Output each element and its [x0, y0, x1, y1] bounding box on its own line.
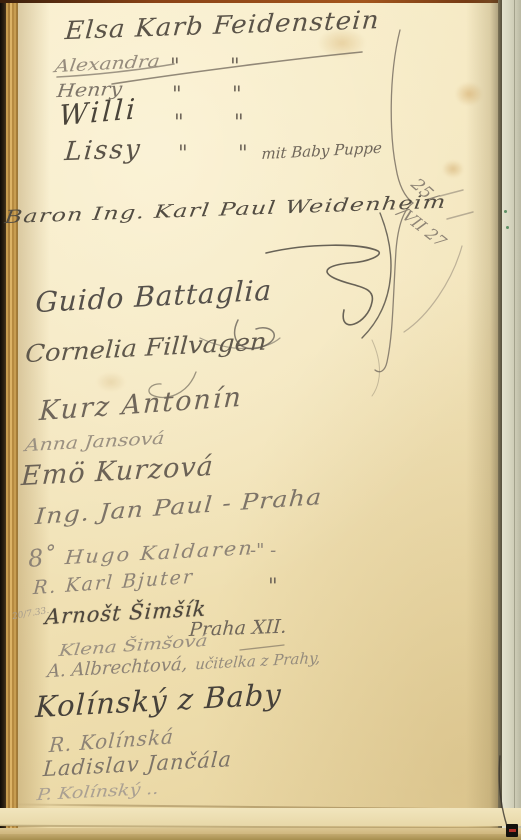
green-speck [504, 210, 507, 213]
page-bottom-edge-dark [0, 834, 521, 840]
signature-line: Alexandra [54, 51, 161, 77]
page-stack-gilt-edge [6, 0, 18, 840]
signature-line: Kurz Antonín [38, 382, 243, 427]
signature-line: Baron Ing. Karl Paul Weidenheim [3, 192, 448, 229]
signature-line: Willi [58, 92, 139, 132]
ditto-mark: " [234, 110, 244, 134]
page-bottom-band [0, 808, 521, 826]
signature-line: Hugo Kaldaren [64, 537, 255, 569]
top-cover-edge [0, 0, 521, 3]
signature-line: Ing. Jan Paul - Praha [34, 485, 323, 530]
date-tail-stroke [404, 246, 462, 332]
ditto-mark: " [238, 141, 248, 165]
ditto-mark: " [178, 141, 188, 165]
profession-annotation: učitelka z Prahy, [195, 649, 321, 674]
scanned-guestbook-page: Elsa Karb Feidenstein Alexandra " " Henr… [0, 0, 521, 840]
ditto-mark: " [232, 82, 242, 106]
signature-line: P. Kolínský .. [36, 779, 160, 805]
ditto-mark: " [268, 574, 278, 598]
baby-annotation: mit Baby Puppe [261, 139, 382, 163]
age-stain [455, 82, 483, 106]
ditto-mark: " [174, 110, 184, 134]
age-stain [96, 372, 126, 392]
ditto-mark: " [172, 82, 182, 106]
signature-line: R. Karl Bjuter [32, 566, 194, 599]
page-right-shadow [466, 0, 498, 840]
adjacent-page-edge [502, 0, 521, 840]
clip-mark-red-label [509, 829, 516, 832]
signature-line: Kolínský z Baby [35, 677, 283, 724]
signature-line: Lissy [63, 134, 143, 167]
green-speck [506, 226, 509, 229]
age-stain [442, 160, 464, 178]
adjacent-page-edge-line [514, 0, 515, 840]
kaldaren-prefix-mark: 8˚ [27, 543, 56, 573]
ditto-dashes: -" - [250, 540, 276, 561]
signature-flourish [266, 245, 379, 325]
ditto-mark: " [170, 54, 180, 78]
ditto-mark: " [230, 54, 240, 78]
signature-line: Cornelia Fillvagen [25, 327, 268, 368]
faint-arc-stroke [372, 340, 380, 396]
signature-line: Arnošt Šimšík [44, 597, 207, 630]
signature-flourish [362, 213, 391, 338]
signature-line: Guido Battaglia [35, 274, 273, 320]
